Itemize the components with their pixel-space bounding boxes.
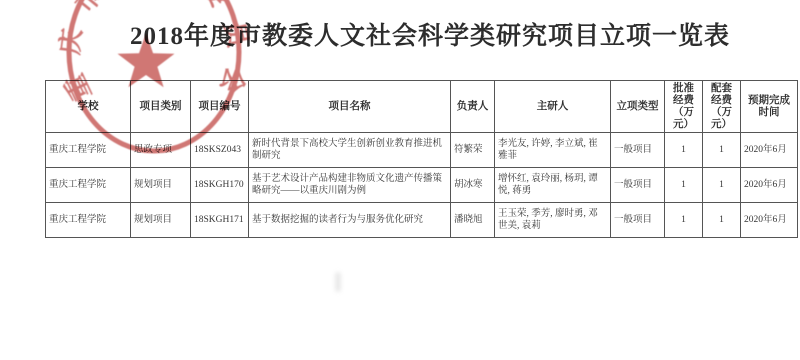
table-cell: 胡冰寒 <box>451 168 495 203</box>
header-cell: 预期完成时间 <box>741 81 798 133</box>
table-row: 重庆工程学院规划项目18SKGH171基于数据挖掘的读者行为与服务优化研究潘晓旭… <box>46 203 798 238</box>
table-cell: 18SKGH171 <box>191 203 249 238</box>
table-header-row: 学校项目类别项目编号项目名称负责人主研人立项类型批准经费（万元）配套经费（万元）… <box>46 81 798 133</box>
table-cell: 2020年6月 <box>741 203 798 238</box>
table-cell: 潘晓旭 <box>451 203 495 238</box>
table-cell: 基于数据挖掘的读者行为与服务优化研究 <box>249 203 451 238</box>
table-cell: 规划项目 <box>131 168 191 203</box>
header-cell: 项目类别 <box>131 81 191 133</box>
header-cell: 项目名称 <box>249 81 451 133</box>
header-cell: 学校 <box>46 81 131 133</box>
table-body: 重庆工程学院思政专项18SKSZ043新时代背景下高校大学生创新创业教育推进机制… <box>46 133 798 238</box>
table-cell: 18SKGH170 <box>191 168 249 203</box>
page-title: 2018年度市教委人文社会科学类研究项目立项一览表 <box>0 16 800 52</box>
table-cell: 1 <box>665 133 703 168</box>
header-cell: 配套经费（万元） <box>703 81 741 133</box>
table-cell: 2020年6月 <box>741 133 798 168</box>
table-cell: 重庆工程学院 <box>46 133 131 168</box>
table-cell: 思政专项 <box>131 133 191 168</box>
table-cell: 李光友, 许婷, 李立斌, 崔雅菲 <box>495 133 611 168</box>
table-row: 重庆工程学院思政专项18SKSZ043新时代背景下高校大学生创新创业教育推进机制… <box>46 133 798 168</box>
table-cell: 18SKSZ043 <box>191 133 249 168</box>
table-cell: 重庆工程学院 <box>46 203 131 238</box>
table-cell: 重庆工程学院 <box>46 168 131 203</box>
table-cell: 1 <box>703 168 741 203</box>
table-row: 重庆工程学院规划项目18SKGH170基于艺术设计产品构建非物质文化遗产传播策略… <box>46 168 798 203</box>
table-cell: 一般项目 <box>611 133 665 168</box>
table-cell: 符繁荣 <box>451 133 495 168</box>
scan-smudge-artifact <box>335 272 341 292</box>
header-cell: 负责人 <box>451 81 495 133</box>
table-cell: 1 <box>703 203 741 238</box>
table-cell: 1 <box>665 203 703 238</box>
header-cell: 批准经费（万元） <box>665 81 703 133</box>
table-cell: 1 <box>703 133 741 168</box>
table-cell: 2020年6月 <box>741 168 798 203</box>
table-cell: 增怀红, 袁玲丽, 杨玥, 谭悦, 蒋勇 <box>495 168 611 203</box>
table-cell: 王玉荣, 季芳, 廖时勇, 邓世美, 袁莉 <box>495 203 611 238</box>
table-cell: 基于艺术设计产品构建非物质文化遗产传播策略研究——以重庆川剧为例 <box>249 168 451 203</box>
header-cell: 项目编号 <box>191 81 249 133</box>
header-cell: 主研人 <box>495 81 611 133</box>
table-cell: 一般项目 <box>611 203 665 238</box>
table-cell: 规划项目 <box>131 203 191 238</box>
table-cell: 新时代背景下高校大学生创新创业教育推进机制研究 <box>249 133 451 168</box>
table-cell: 一般项目 <box>611 168 665 203</box>
header-cell: 立项类型 <box>611 81 665 133</box>
projects-table: 学校项目类别项目编号项目名称负责人主研人立项类型批准经费（万元）配套经费（万元）… <box>45 80 798 238</box>
table-cell: 1 <box>665 168 703 203</box>
